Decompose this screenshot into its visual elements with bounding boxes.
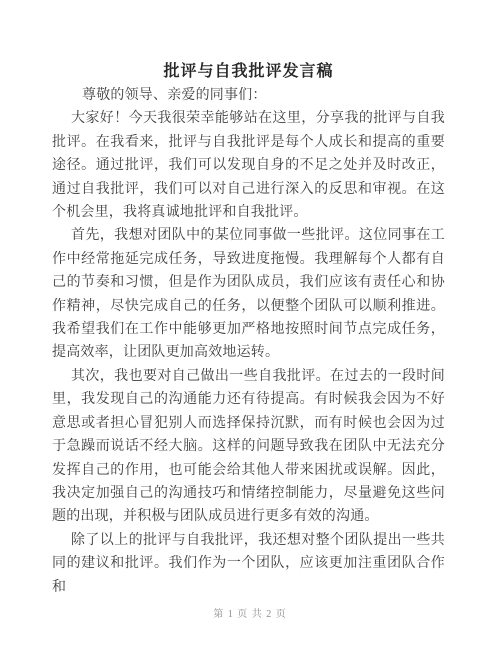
page-number-indicator: 第 1 页 共 2 页 <box>0 605 500 620</box>
greeting-line: 尊敬的领导、亲爱的同事们： <box>52 84 445 107</box>
document-title: 批评与自我批评发言稿 <box>52 58 445 81</box>
paragraph-intro: 大家好！今天我很荣幸能够站在这里，分享我的批评与自我批评。在我看来，批评与自我批… <box>52 107 445 224</box>
paragraph-criticism: 首先，我想对团队中的某位同事做一些批评。这位同事在工作中经常拖延完成任务，导致进… <box>52 224 445 364</box>
paragraph-team-suggestion-truncated: 除了以上的批评与自我批评，我还想对整个团队提出一些共同的建议和批评。我们作为一个… <box>52 529 445 599</box>
paragraph-self-criticism: 其次，我也要对自己做出一些自我批评。在过去的一段时间里，我发现自己的沟通能力还有… <box>52 365 445 529</box>
document-page: 批评与自我批评发言稿 尊敬的领导、亲爱的同事们： 大家好！今天我很荣幸能够站在这… <box>0 0 500 647</box>
document-body: 尊敬的领导、亲爱的同事们： 大家好！今天我很荣幸能够站在这里，分享我的批评与自我… <box>52 84 445 599</box>
